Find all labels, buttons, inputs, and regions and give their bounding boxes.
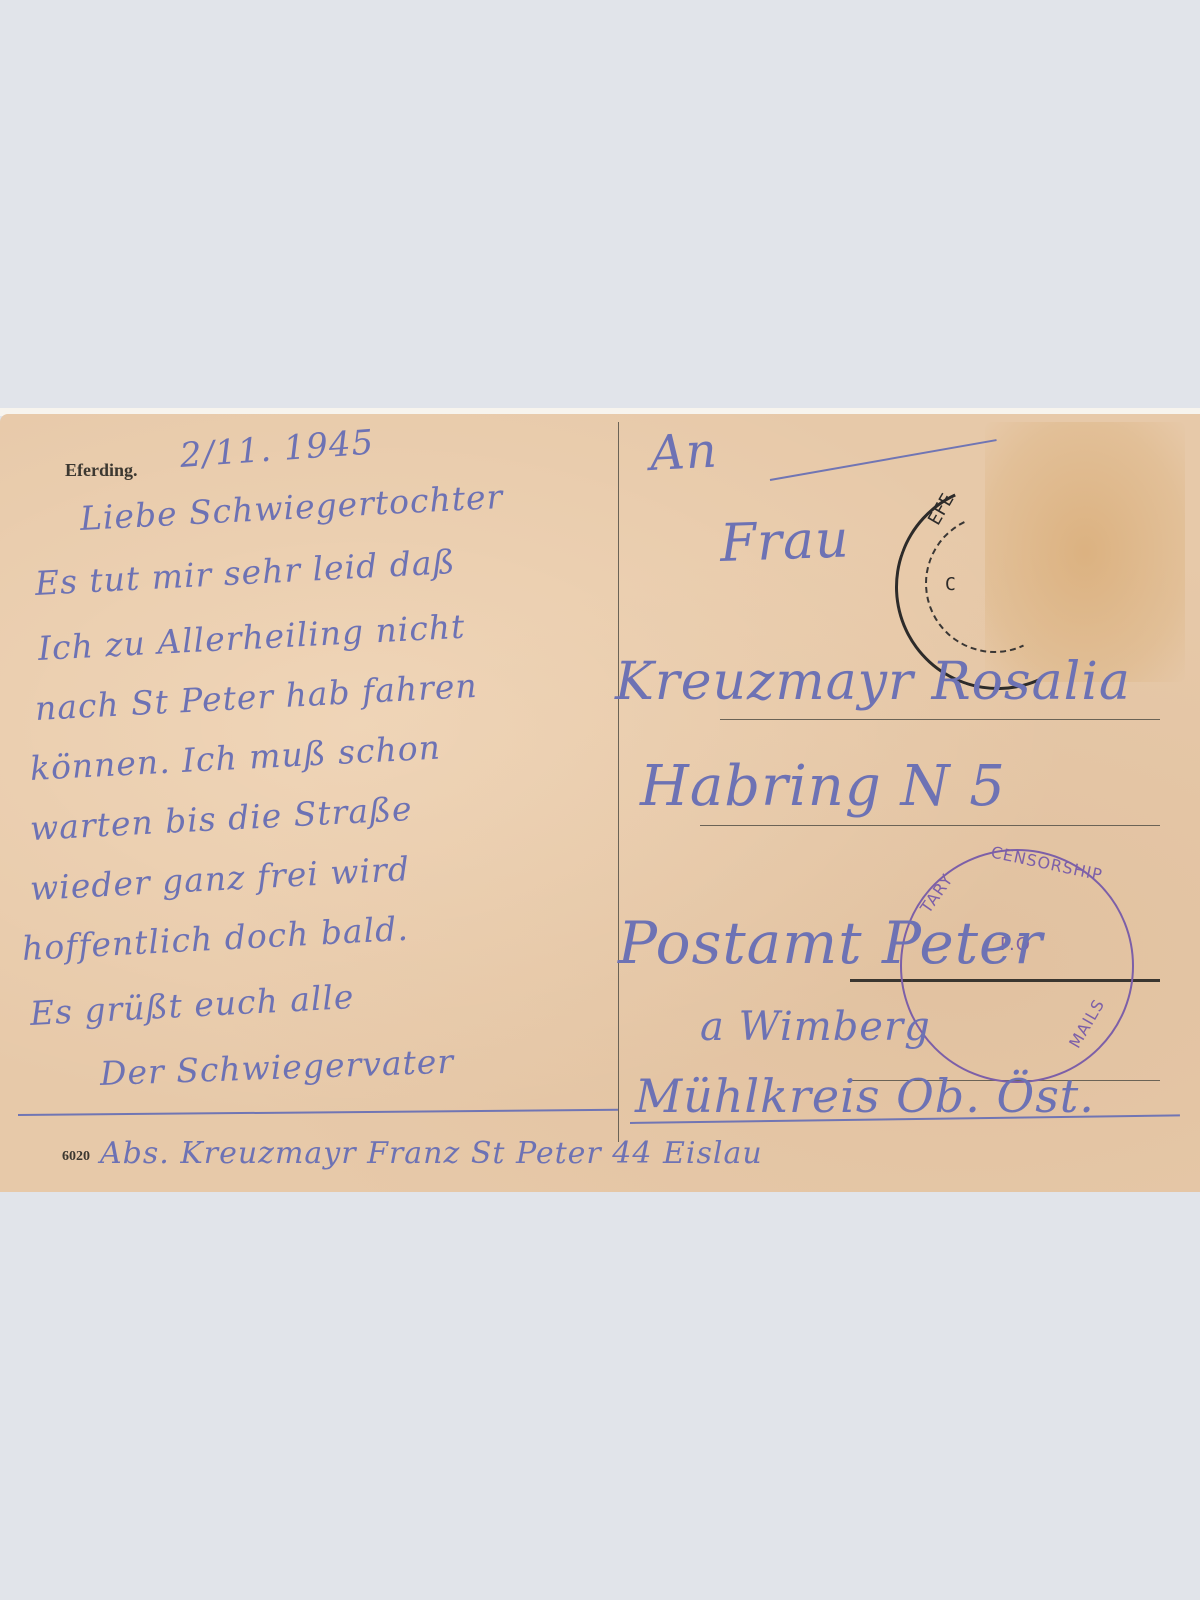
printed-card-number: 6020 — [62, 1149, 90, 1165]
message-line: wieder ganz frei wird — [29, 849, 411, 908]
address-name: Kreuzmayr Rosalia — [615, 652, 1131, 712]
handwritten-date: 2/11. 1945 — [179, 422, 376, 475]
postmark-letter: C — [945, 574, 956, 595]
address-rule — [720, 719, 1160, 720]
message-line: Liebe Schwiegertochter — [79, 477, 504, 538]
message-line: Ich zu Allerheiling nicht — [37, 607, 466, 668]
postcard-back: Eferding. 2/11. 1945 Liebe Schwiegertoch… — [0, 414, 1200, 1192]
address-street: Habring N 5 — [640, 754, 1006, 819]
message-line: Es tut mir sehr leid daß — [34, 542, 456, 603]
underline-stroke — [18, 1109, 618, 1116]
message-line: Es grüßt euch alle — [29, 977, 355, 1033]
address-post-office: Postamt Peter — [618, 909, 1043, 977]
message-line: warten bis die Straße — [29, 789, 413, 848]
address-title: Frau — [719, 510, 850, 574]
address-locality: a Wimberg — [700, 1004, 931, 1050]
sender-address-line: Abs. Kreuzmayr Franz St Peter 44 Eislau — [100, 1136, 763, 1171]
printed-place-name: Eferding. — [65, 460, 138, 481]
address-salutation: An — [649, 423, 719, 482]
message-line: können. Ich muß schon — [29, 728, 442, 788]
message-signature: Der Schwiegervater — [99, 1042, 454, 1093]
message-line: nach St Peter hab fahren — [34, 666, 478, 728]
flourish-stroke — [770, 439, 997, 481]
card-divider — [618, 422, 619, 1142]
address-rule — [700, 825, 1160, 826]
message-line: hoffentlich doch bald. — [21, 909, 410, 968]
address-district: Mühlkreis Ob. Öst. — [635, 1069, 1095, 1123]
